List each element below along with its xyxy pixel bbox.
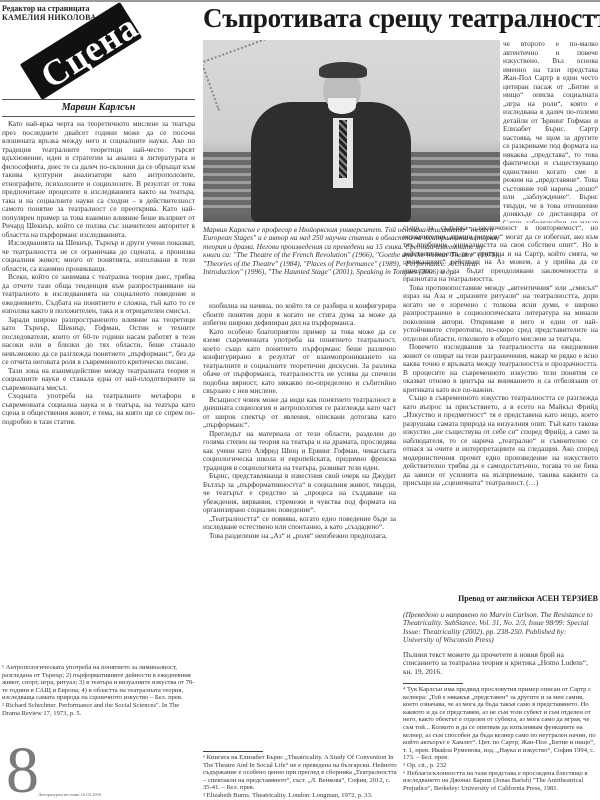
byline-rule-top	[2, 99, 195, 100]
footnote-rule	[403, 683, 463, 684]
footnotes-left: ¹ Антропологическата употреба на понятие…	[2, 664, 195, 717]
paragraph: Тази зона на взаимодействие между театра…	[2, 367, 195, 393]
issue-line: Литературен вестник 16.03.2016	[38, 792, 101, 797]
paragraph: Всеки, който се занимава с театрална тео…	[2, 273, 195, 316]
footnote: ¹ Антропологическата употреба на понятие…	[2, 664, 195, 702]
paragraph: че второто е по-малко автентично и повеч…	[503, 40, 598, 223]
photo-branch	[203, 40, 286, 111]
paragraph: „Театралността“ се появява, когато едно …	[203, 515, 396, 532]
paragraph: също да съдържа „заключеност в повторяем…	[403, 224, 598, 284]
section-editor-name: КАМЕЛИЯ НИКОЛОВА	[2, 13, 96, 22]
photo-figure-tie	[339, 120, 347, 178]
footnotes-right: ⁴ Тук Карлсън има предвид прословутия пр…	[403, 686, 598, 792]
paragraph: Също в съвременното изкуство театралност…	[403, 394, 598, 488]
photo-figure-beard	[328, 98, 356, 114]
footnote: ² Richard Schechner. Performance and the…	[2, 702, 195, 717]
footnote: ² Elizabeth Burns. Theatricality. London…	[203, 792, 398, 800]
paragraph: Като най-ярка черта на теоретичното мисл…	[2, 120, 195, 239]
paragraph: Повечето изследвания за театралността на…	[403, 343, 598, 394]
photo-figure-cap	[319, 62, 367, 78]
photo-figure-body	[251, 102, 411, 222]
footnote: ⁵ Op. cit., p. 232	[403, 762, 598, 770]
article-column-3: също да съдържа „заключеност в повторяем…	[403, 224, 598, 560]
paragraph: Бърнс, представляваща в известния свой о…	[203, 472, 396, 515]
section-editor-label: Редактор на страницата	[2, 4, 96, 13]
article-column-1: Като най-ярка черта на теоретичното мисл…	[2, 120, 195, 740]
source-note: (Преведено и направено по Marvin Carlson…	[403, 611, 598, 645]
byline-rule-bottom	[2, 116, 195, 117]
footnotes-center: ¹ Книгата на Елизабет Бърнс „Theatricali…	[203, 754, 398, 800]
paragraph: Заради широко разпространеното влияние н…	[2, 316, 195, 367]
footnote: ¹ Книгата на Елизабет Бърнс „Theatricali…	[203, 754, 398, 792]
paragraph: Това разделение на „Аз“ и „роля“ неизбеж…	[203, 532, 396, 541]
page-number: 8	[6, 738, 39, 800]
footnote: ⁴ Тук Карлсън има предвид прословутия пр…	[403, 686, 598, 762]
article-headline: Съпротивата срещу театралността	[203, 1, 599, 35]
footnote-rule	[203, 751, 263, 752]
paragraph: Сходната употреба на театралните метафор…	[2, 392, 195, 426]
paragraph: Всъщност човек може да види как понятиет…	[203, 396, 396, 430]
footnote: ⁶ Неблагосклонността на тази представа е…	[403, 770, 598, 793]
paragraph: Това противопоставяне между „автентичния…	[403, 284, 598, 344]
article-column-3-top: че второто е по-малко автентично и повеч…	[503, 40, 598, 223]
paragraph: Като особено благоприятен пример за това…	[203, 328, 396, 396]
full-text-note: Пълния текст можете да прочетете в новия…	[403, 651, 598, 676]
author-photo	[203, 40, 500, 222]
article-column-2: изобилна на начина, по който тя се разби…	[203, 302, 396, 722]
paragraph: изобилна на начина, по който тя се разби…	[203, 302, 396, 328]
paragraph: Прегледът на материала от тези области, …	[203, 430, 396, 473]
translator-credit: Превод от английски АСЕН ТЕРЗИЕВ	[403, 594, 598, 603]
section-logo: Сцена	[22, 22, 142, 84]
author-byline: Марвин Карлсън	[2, 102, 195, 113]
paragraph: Изследванията на Шекнър, Търнър и други …	[2, 239, 195, 273]
section-editor: Редактор на страницата КАМЕЛИЯ НИКОЛОВА	[2, 4, 96, 22]
